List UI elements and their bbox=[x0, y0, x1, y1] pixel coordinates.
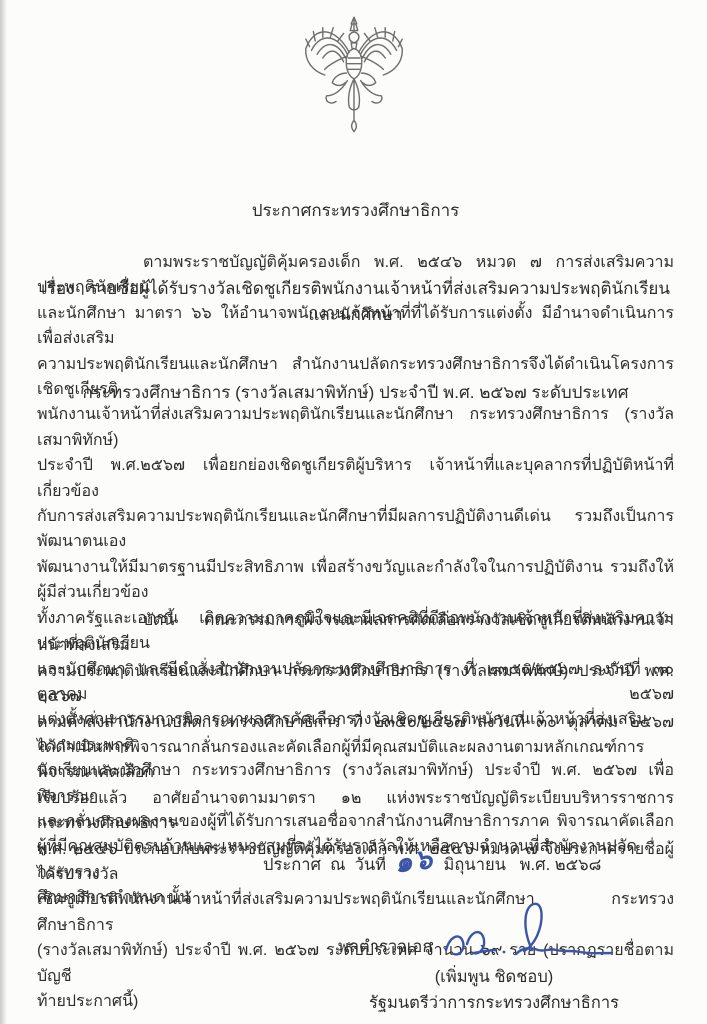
document-line: กับการส่งเสริมความประพฤตินักเรียนและนักศ… bbox=[37, 504, 674, 555]
document-line: ตามคำสั่งสำนักงานปลัดกระทรวงศึกษาธิการ ท… bbox=[37, 710, 674, 735]
document-line: ความประพฤตินักเรียนและนักศึกษา สำนักงานป… bbox=[37, 352, 674, 403]
document-title: ประกาศกระทรวงศึกษาธิการ bbox=[28, 198, 683, 224]
handwritten-day: ๑๖ bbox=[392, 837, 437, 885]
signer-name: (เพิ่มพูน ชิดชอบ) bbox=[338, 964, 650, 990]
signer-rank: พลตำรวจเอก bbox=[338, 938, 432, 956]
document-line: พัฒนางานให้มีมาตรฐานมีประสิทธิภาพ เพื่อส… bbox=[37, 555, 674, 606]
document-line: ประจำปี พ.ศ.๒๕๖๗ เพื่อยกย่องเชิดชูเกียรต… bbox=[37, 453, 674, 504]
document-line: ได้ดำเนินการพิจารณากลั่นกรองและคัดเลือกผ… bbox=[37, 735, 674, 786]
document-line: พนักงานเจ้าหน้าที่ส่งเสริมความประพฤตินัก… bbox=[37, 402, 674, 453]
signer-title: รัฐมนตรีว่าการกระทรวงศึกษาธิการ bbox=[338, 990, 650, 1016]
document-line: เชิดชูเกียรติพนักงานเจ้าหน้าที่ส่งเสริมค… bbox=[37, 887, 674, 938]
scan-edge-shadow bbox=[0, 0, 7, 1024]
announcement-date-line: ประกาศ ณ วันที่ ๑๖ มิถุนายน พ.ศ. ๒๕๖๘ bbox=[263, 848, 601, 882]
document-line: ตามพระราชบัญญัติคุ้มครองเด็ก พ.ศ. ๒๕๔๖ ห… bbox=[37, 250, 674, 301]
document-line: บัดนี้ คณะกรรมการพิจารณาผลการคัดเลือกราง… bbox=[37, 608, 674, 659]
date-suffix: มิถุนายน พ.ศ. ๒๕๖๘ bbox=[444, 852, 602, 878]
date-prefix: ประกาศ ณ วันที่ bbox=[263, 852, 386, 878]
document-page: ประกาศกระทรวงศึกษาธิการ เรื่อง รายชื่อผู… bbox=[0, 0, 707, 1024]
document-line: เรียบร้อยแล้ว อาศัยอำนาจตามมาตรา ๑๒ แห่ง… bbox=[37, 786, 674, 837]
document-line: และนักศึกษา มาตรา ๖๖ ให้อำนาจพนักงานเจ้า… bbox=[37, 301, 674, 352]
garuda-emblem-icon bbox=[302, 12, 406, 138]
document-line: ความประพฤตินักเรียนและนักศึกษา กระทรวงศึ… bbox=[37, 659, 674, 710]
signature-block: พลตำรวจเอก (เพิ่มพูน ชิดชอบ) รัฐมนตรีว่า… bbox=[338, 934, 650, 1016]
